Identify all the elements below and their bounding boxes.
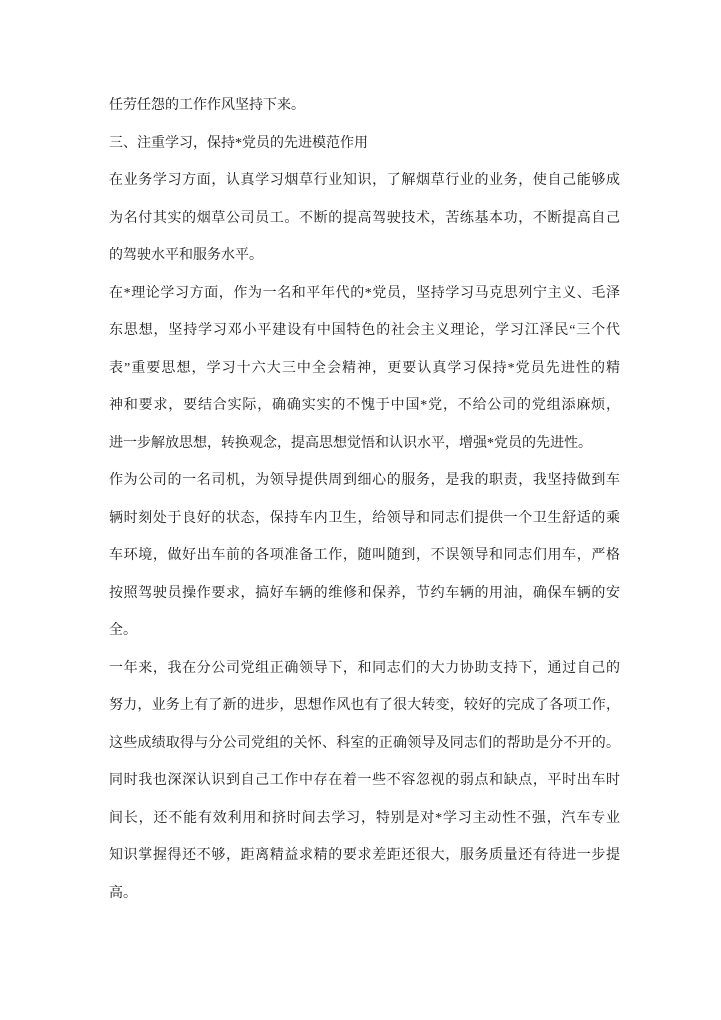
document-page: 任劳任怨的工作作风坚持下来。 三、注重学习，保持*党员的先进模范作用 在业务学习…: [0, 0, 721, 1020]
text-line: 作为公司的一名司机，为领导提供周到细心的服务，是我的职责，我坚持做到车: [109, 462, 620, 500]
text-line: 神和要求，要结合实际，确确实实的不愧于中国*党，不给公司的党组添麻烦，: [109, 387, 620, 425]
text-line: 按照驾驶员操作要求，搞好车辆的维修和保养，节约车辆的用油，确保车辆的安: [109, 575, 620, 613]
text-line: 的驾驶水平和服务水平。: [109, 237, 620, 275]
section-heading: 三、注重学习，保持*党员的先进模范作用: [109, 125, 620, 163]
text-line: 间长，还不能有效利用和挤时间去学习，特别是对*学习主动性不强，汽车专业: [109, 800, 620, 838]
text-line: 在*理论学习方面，作为一名和平年代的*党员，坚持学习马克思列宁主义、毛泽: [109, 275, 620, 313]
text-line: 努力，业务上有了新的进步，思想作风也有了很大转变，较好的完成了各项工作，: [109, 687, 620, 725]
text-line: 一年来，我在分公司党组正确领导下，和同志们的大力协助支持下，通过自己的: [109, 650, 620, 688]
text-line: 同时我也深深认识到自己工作中存在着一些不容忽视的弱点和缺点，平时出车时: [109, 762, 620, 800]
text-line: 进一步解放思想，转换观念，提高思想觉悟和认识水平，增强*党员的先进性。: [109, 425, 620, 463]
text-line: 全。: [109, 612, 620, 650]
document-body: 任劳任怨的工作作风坚持下来。 三、注重学习，保持*党员的先进模范作用 在业务学习…: [109, 87, 620, 912]
text-line: 车环境，做好出车前的各项准备工作，随叫随到，不误领导和同志们用车，严格: [109, 537, 620, 575]
text-line: 任劳任怨的工作作风坚持下来。: [109, 87, 620, 125]
text-line: 在业务学习方面，认真学习烟草行业知识，了解烟草行业的业务，使自己能够成: [109, 162, 620, 200]
text-line: 为名付其实的烟草公司员工。不断的提高驾驶技术，苦练基本功，不断提高自己: [109, 200, 620, 238]
text-line: 辆时刻处于良好的状态，保持车内卫生，给领导和同志们提供一个卫生舒适的乘: [109, 500, 620, 538]
text-line: 表”重要思想，学习十六大三中全会精神，更要认真学习保持*党员先进性的精: [109, 350, 620, 388]
text-line: 东思想，坚持学习邓小平建设有中国特色的社会主义理论，学习江泽民“三个代: [109, 312, 620, 350]
text-line: 知识掌握得还不够，距离精益求精的要求差距还很大，服务质量还有待进一步提: [109, 837, 620, 875]
text-line: 这些成绩取得与分公司党组的关怀、科室的正确领导及同志们的帮助是分不开的。: [109, 725, 620, 763]
text-line: 高。: [109, 875, 620, 913]
